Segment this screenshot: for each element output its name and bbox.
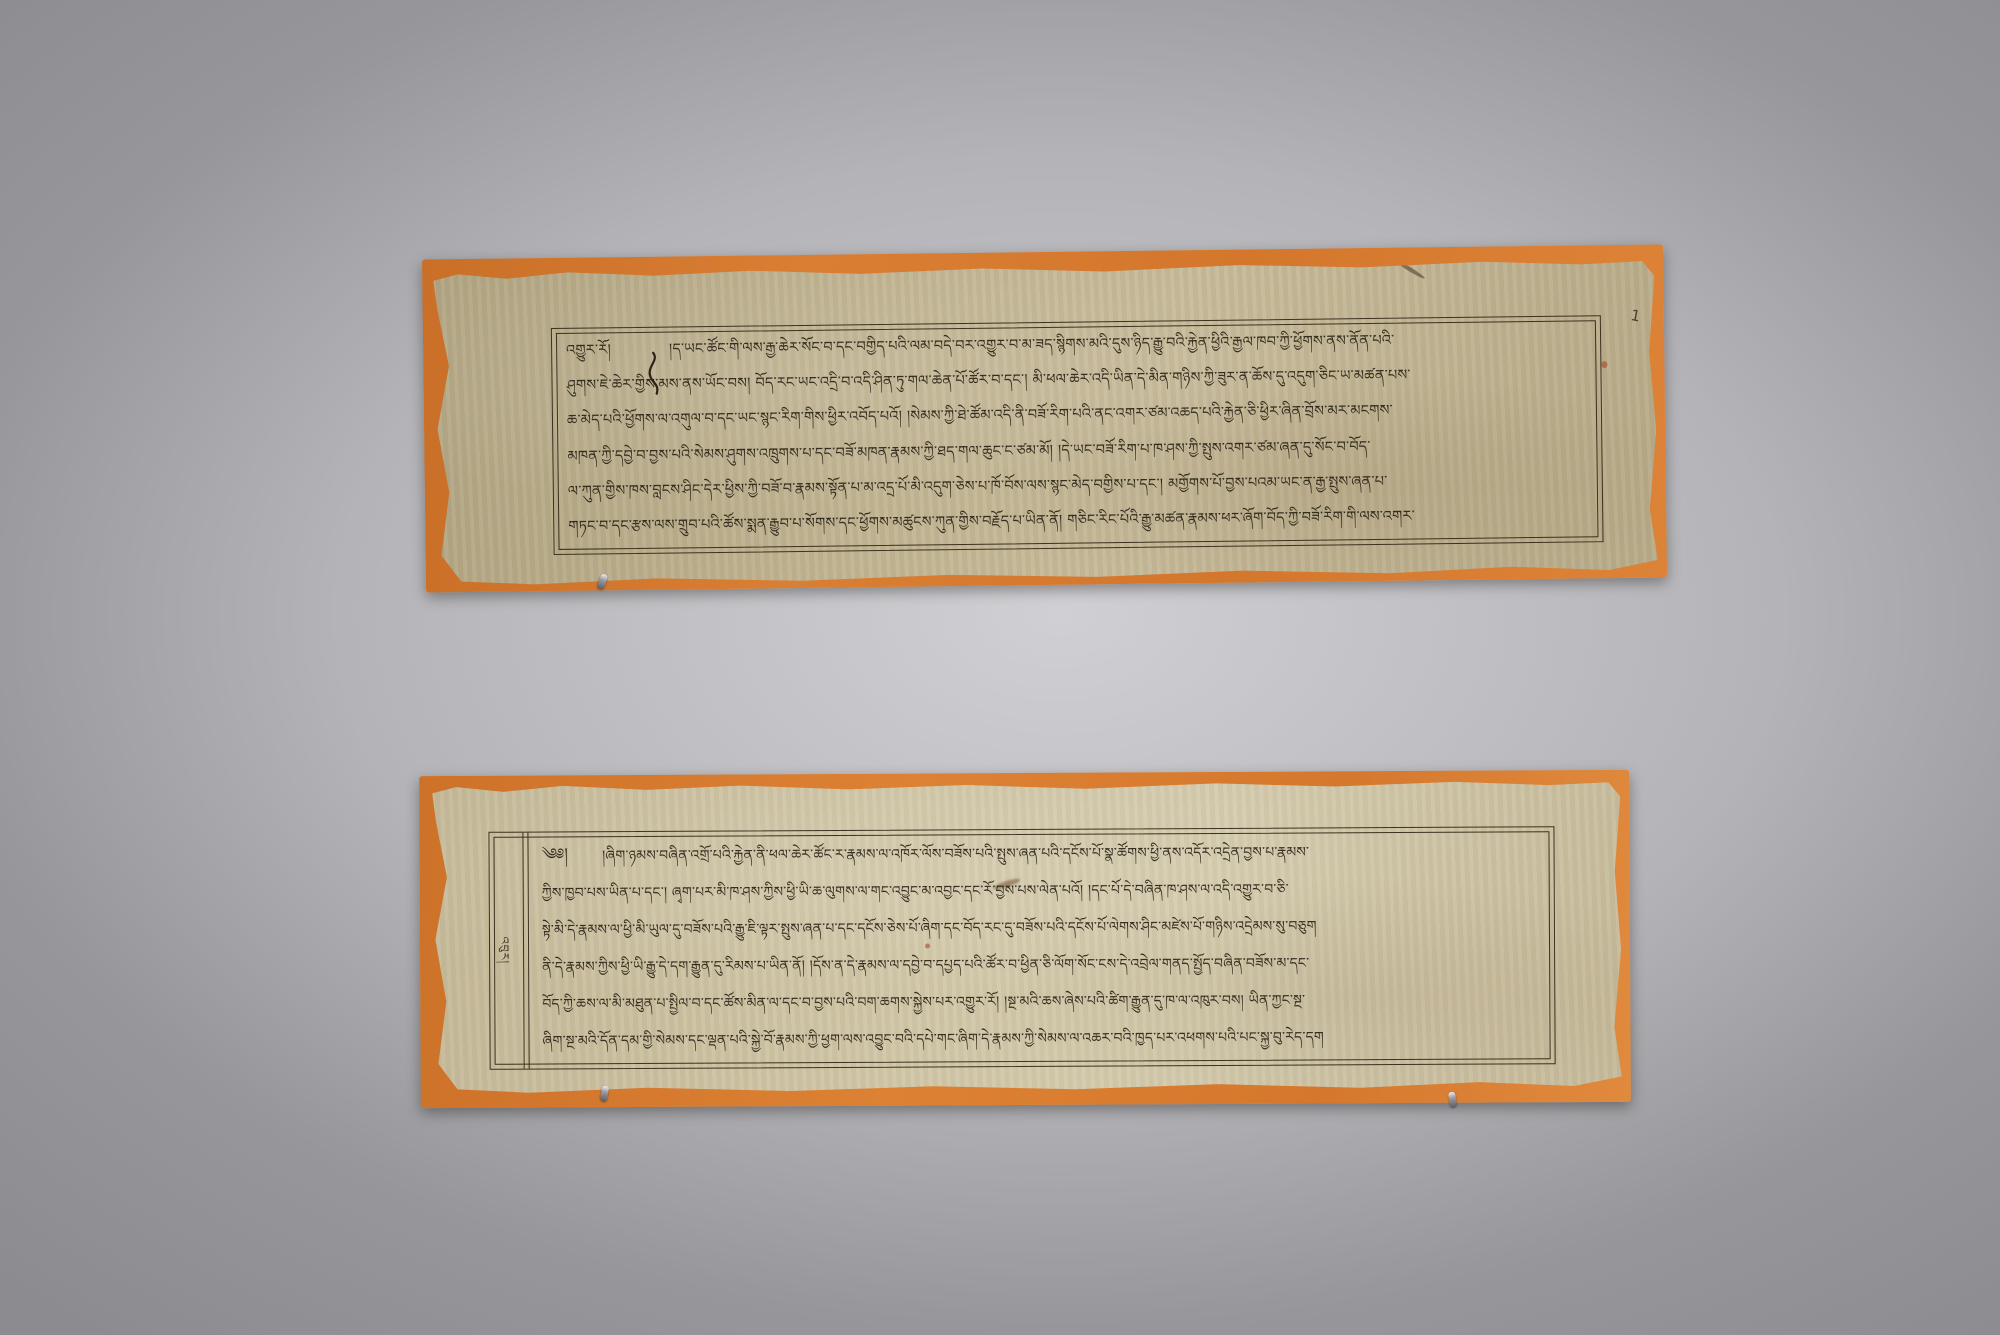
- bottom-folio-paper: འབུར། ༄༅། །ཞིག་ཉམས་བཞིན་འགྲོ་པའི་རྐྱེན་ན…: [432, 778, 1622, 1095]
- top-folio-margin-label: འགྱུར་རོ།: [566, 333, 611, 372]
- text-line-content: ནི་དེ་རྣམས་ཀྱིས་ཕྱི་ཡི་རྒྱུ་དེ་དག་རྒྱུན་…: [542, 946, 1309, 988]
- text-line: ནི་དེ་རྣམས་ཀྱིས་ཕྱི་ཡི་རྒྱུ་དེ་དག་རྒྱུན་…: [542, 946, 1542, 988]
- yig-mgo-head-mark: ༄༅།: [541, 836, 568, 877]
- text-line: ཞིག་སྔ་མའི་དོན་དམ་གྱི་སེམས་དང་ལྡན་པའི་སྐ…: [542, 1020, 1542, 1062]
- top-folio-frame: འགྱུར་རོ། །ད་ཡང་ཚོང་གི་ལས་རྒྱ་ཆེར་སོང་བ་…: [551, 315, 1604, 555]
- red-ink-dot: [1601, 361, 1607, 368]
- gutter-rule-line: [522, 833, 524, 1069]
- folio-number-mark: 1: [1630, 306, 1643, 326]
- top-folio-text-block: འགྱུར་རོ། །ད་ཡང་ཚོང་གི་ལས་རྒྱ་ཆེར་སོང་བ་…: [566, 324, 1591, 547]
- text-line: ཀྱིས་ཁྱབ་པས་ཡིན་པ་དང་། ཞྭག་པར་མི་ཁ་ཤས་ཀྱ…: [542, 872, 1542, 914]
- text-line: བོད་ཀྱི་ཆས་ལ་མི་མཐུན་པ་སྤྱིལ་བ་དང་ཚོས་མི…: [542, 983, 1542, 1025]
- bottom-folio-margin-vertical-label: འབུར།: [498, 937, 520, 964]
- bottom-folio-text-block: ༄༅། །ཞིག་ཉམས་བཞིན་འགྲོ་པའི་རྐྱེན་ནི་ཕལ་ཆ…: [541, 835, 1542, 1062]
- text-line-content: སྟེ་མི་དེ་རྣམས་ལ་ཕྱི་མི་ཡུལ་དུ་བཟོས་པའི་…: [542, 909, 1317, 951]
- top-folio-paper: 1 འགྱུར་རོ། །ད་ཡང་ཚོང་གི་ལས་རྒྱ་ཆེར་སོང་…: [433, 257, 1658, 588]
- bottom-folio-frame: འབུར། ༄༅། །ཞིག་ཉམས་བཞིན་འགྲོ་པའི་རྐྱེན་ན…: [488, 826, 1555, 1070]
- text-line-content: བོད་ཀྱི་ཆས་ལ་མི་མཐུན་པ་སྤྱིལ་བ་དང་ཚོས་མི…: [542, 983, 1305, 1025]
- text-line-content: ཞིག་སྔ་མའི་དོན་དམ་གྱི་སེམས་དང་ལྡན་པའི་སྐ…: [542, 1020, 1324, 1062]
- stain: [1395, 259, 1426, 280]
- text-line: ༄༅། །ཞིག་ཉམས་བཞིན་འགྲོ་པའི་རྐྱེན་ནི་ཕལ་ཆ…: [541, 835, 1541, 877]
- text-line: སྟེ་མི་དེ་རྣམས་ལ་ཕྱི་མི་ཡུལ་དུ་བཟོས་པའི་…: [542, 909, 1542, 951]
- bottom-folio: འབུར། ༄༅། །ཞིག་ཉམས་བཞིན་འགྲོ་པའི་རྐྱེན་ན…: [419, 770, 1631, 1108]
- top-folio: 1 འགྱུར་རོ། །ད་ཡང་ཚོང་གི་ལས་རྒྱ་ཆེར་སོང་…: [422, 244, 1667, 592]
- left-margin-gutter: འབུར།: [489, 833, 529, 1069]
- text-line-content: །ཞིག་ཉམས་བཞིན་འགྲོ་པའི་རྐྱེན་ནི་ཕལ་ཆེར་ཚ…: [602, 835, 1309, 877]
- photograph-background: 1 འགྱུར་རོ། །ད་ཡང་ཚོང་གི་ལས་རྒྱ་ཆེར་སོང་…: [0, 0, 2000, 1335]
- text-line-content: ཀྱིས་ཁྱབ་པས་ཡིན་པ་དང་། ཞྭག་པར་མི་ཁ་ཤས་ཀྱ…: [542, 872, 1289, 914]
